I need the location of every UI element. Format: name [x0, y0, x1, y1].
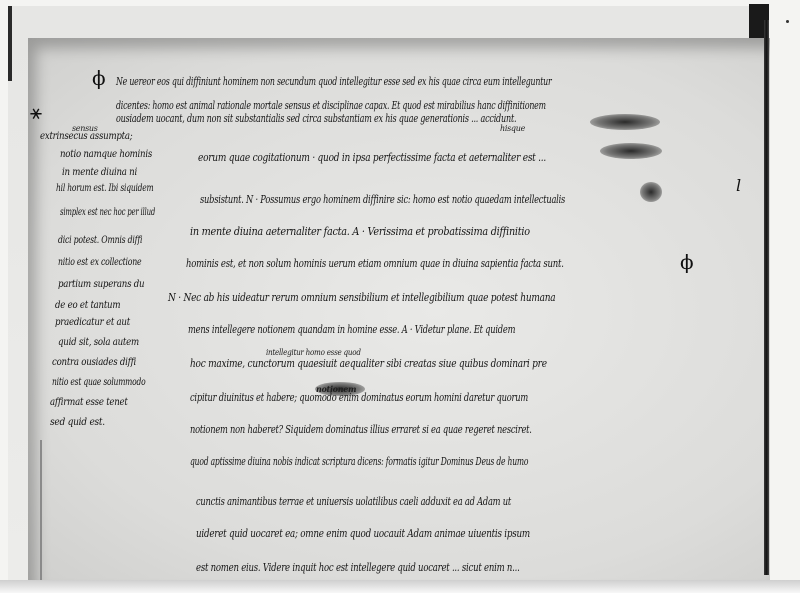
text-line: quod aptissime diuina nobis indicat scri…	[190, 454, 528, 468]
text-line: est nomen eius. Videre inquit hoc est in…	[196, 560, 520, 574]
interlinear-gloss: hisque	[500, 124, 525, 133]
text-line: in mente diuina aeternaliter facta. A · …	[190, 224, 530, 238]
phi-sign-icon: ϕ	[680, 250, 694, 274]
margin-line: notio namque hominis	[60, 148, 152, 160]
l-sign-icon: l	[736, 176, 741, 195]
interlinear-gloss: notionem	[316, 384, 356, 394]
text-line: notionem non haberet? Siquidem dominatus…	[190, 422, 532, 436]
margin-line: nitio est ex collectione	[58, 256, 141, 268]
scan-bottom-edge	[0, 580, 800, 593]
text-line: ousiadem uocant, dum non sit substantial…	[116, 111, 516, 125]
margin-line: quid sit, sola autem	[58, 336, 139, 348]
ruling-line	[40, 440, 42, 580]
gutter-shadow	[764, 20, 769, 575]
text-line: Ne uereor eos qui diffiniunt hominem non…	[116, 74, 552, 88]
ink-blot	[600, 143, 662, 159]
cross-sign-icon: ⚹	[30, 100, 42, 124]
margin-line: contra ousiades diffi	[52, 356, 136, 368]
ink-blot	[640, 182, 662, 202]
margin-line: in mente diuina ni	[62, 166, 137, 178]
margin-line: hil horum est. Ibi siquidem	[56, 182, 154, 194]
text-line: eorum quae cogitationum · quod in ipsa p…	[198, 150, 546, 164]
margin-line: simplex est nec hoc per illud	[60, 206, 155, 218]
margin-line: de eo et tantum	[55, 299, 120, 311]
text-line: uideret quid uocaret ea; omne enim quod …	[196, 526, 530, 540]
text-line: hoc maxime, cunctorum quaesiuit aequalit…	[190, 356, 547, 370]
speck	[786, 20, 789, 23]
margin-line: affirmat esse tenet	[50, 396, 128, 408]
interlinear-gloss: intellegitur homo esse quod	[266, 348, 361, 357]
margin-line: extrinsecus assumpta;	[40, 130, 132, 142]
margin-line: dici potest. Omnis diffi	[58, 234, 142, 246]
ink-blot	[590, 114, 660, 130]
phi-sign-icon: ϕ	[92, 66, 106, 90]
text-line: mens intellegere notionem quandam in hom…	[188, 322, 515, 336]
margin-line: partium superans du	[58, 278, 144, 290]
text-line: N · Nec ab his uideatur rerum omnium sen…	[168, 290, 555, 304]
text-line: cunctis animantibus terrae et uniuersis …	[196, 494, 511, 508]
margin-line: sed quid est.	[50, 416, 105, 428]
text-line: cipitur diuinitus et habere; quomodo eni…	[190, 390, 528, 404]
margin-line: nitio est quae solummodo	[52, 376, 145, 388]
text-line: hominis est, et non solum hominis uerum …	[186, 256, 564, 270]
margin-line: praedicatur et aut	[55, 316, 130, 328]
scanned-image: ϕ ⚹ l ϕ Ne uereor eos qui diffiniunt hom…	[0, 0, 800, 593]
text-line: subsistunt. N · Possumus ergo hominem di…	[200, 192, 565, 206]
text-line: dicentes: homo est animal rationale mort…	[116, 98, 546, 112]
back-leaf-edge	[8, 6, 12, 81]
